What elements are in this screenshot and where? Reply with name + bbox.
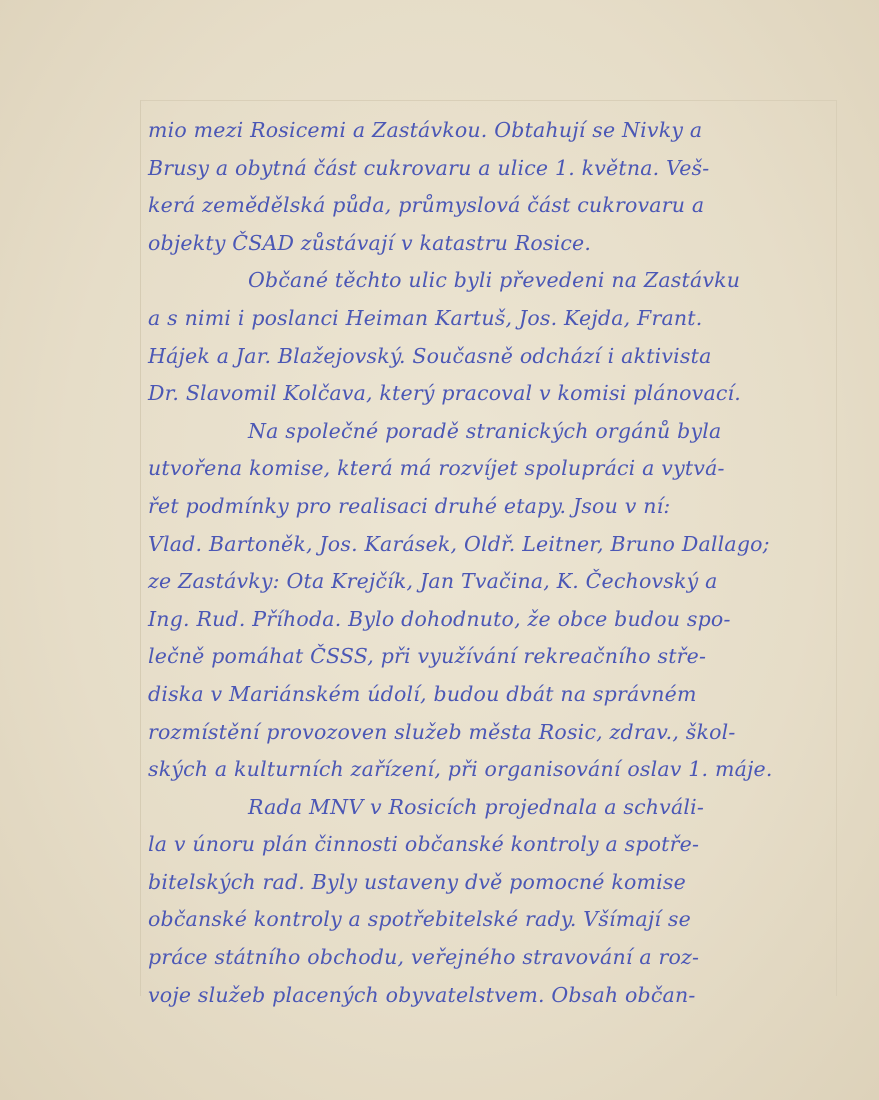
text-line: objekty ČSAD zůstávají v katastru Rosice… (148, 225, 788, 263)
text-line: voje služeb placených obyvatelstvem. Obs… (148, 977, 788, 1015)
text-line: občanské kontroly a spotřebitelské rady.… (148, 901, 788, 939)
handwritten-text-block: mio mezi Rosicemi a Zastávkou. Obtahují … (148, 112, 788, 1014)
text-line: Hájek a Jar. Blažejovský. Současně odchá… (148, 338, 788, 376)
text-line: utvořena komise, která má rozvíjet spolu… (148, 450, 788, 488)
text-line: a s nimi i poslanci Heiman Kartuš, Jos. … (148, 300, 788, 338)
text-line: ze Zastávky: Ota Krejčík, Jan Tvačina, K… (148, 563, 788, 601)
text-line: Brusy a obytná část cukrovaru a ulice 1.… (148, 150, 788, 188)
text-line: bitelských rad. Byly ustaveny dvě pomocn… (148, 864, 788, 902)
text-line: la v únoru plán činnosti občanské kontro… (148, 826, 788, 864)
text-line: mio mezi Rosicemi a Zastávkou. Obtahují … (148, 112, 788, 150)
text-line: diska v Mariánském údolí, budou dbát na … (148, 676, 788, 714)
text-line: Ing. Rud. Příhoda. Bylo dohodnuto, že ob… (148, 601, 788, 639)
paragraph-start-line: Rada MNV v Rosicích projednala a schváli… (148, 789, 788, 827)
paragraph-start-line: Občané těchto ulic byli převedeni na Zas… (148, 262, 788, 300)
text-line: Vlad. Bartoněk, Jos. Karásek, Oldř. Leit… (148, 526, 788, 564)
text-line: rozmístění provozoven služeb města Rosic… (148, 714, 788, 752)
text-line: lečně pomáhat ČSSS, při využívání rekrea… (148, 638, 788, 676)
text-line: práce státního obchodu, veřejného stravo… (148, 939, 788, 977)
document-page: mio mezi Rosicemi a Zastávkou. Obtahují … (0, 0, 879, 1100)
text-line: řet podmínky pro realisaci druhé etapy. … (148, 488, 788, 526)
text-line: ských a kulturních zařízení, při organis… (148, 751, 788, 789)
text-line: kerá zemědělská půda, průmyslová část cu… (148, 187, 788, 225)
text-line: Dr. Slavomil Kolčava, který pracoval v k… (148, 375, 788, 413)
paragraph-start-line: Na společné poradě stranických orgánů by… (148, 413, 788, 451)
